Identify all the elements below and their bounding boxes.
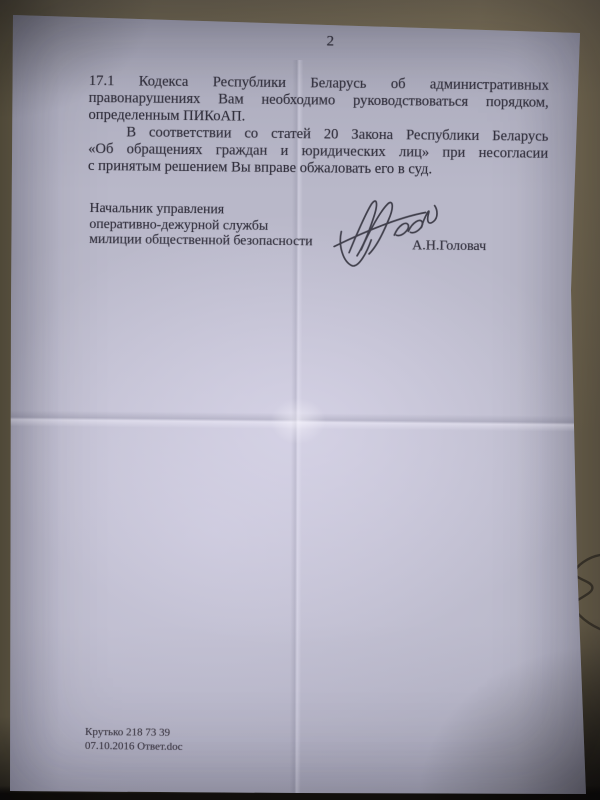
handwritten-signature-icon [324, 189, 447, 276]
photographed-document-scene: 2 17.1 Кодекса Республики Беларусь об ад… [0, 0, 600, 800]
footer-file-line: 07.10.2016 Ответ.doc [85, 739, 183, 754]
page-number: 2 [300, 33, 360, 51]
footer-note: Крутько 218 73 39 07.10.2016 Ответ.doc [85, 726, 183, 754]
page-content: 2 17.1 Кодекса Республики Беларусь об ад… [0, 0, 600, 800]
body-text: 17.1 Кодекса Республики Беларусь об адми… [88, 73, 549, 180]
document-page: 2 17.1 Кодекса Республики Беларусь об ад… [0, 0, 600, 800]
footer-contact-line: Крутько 218 73 39 [85, 726, 183, 741]
